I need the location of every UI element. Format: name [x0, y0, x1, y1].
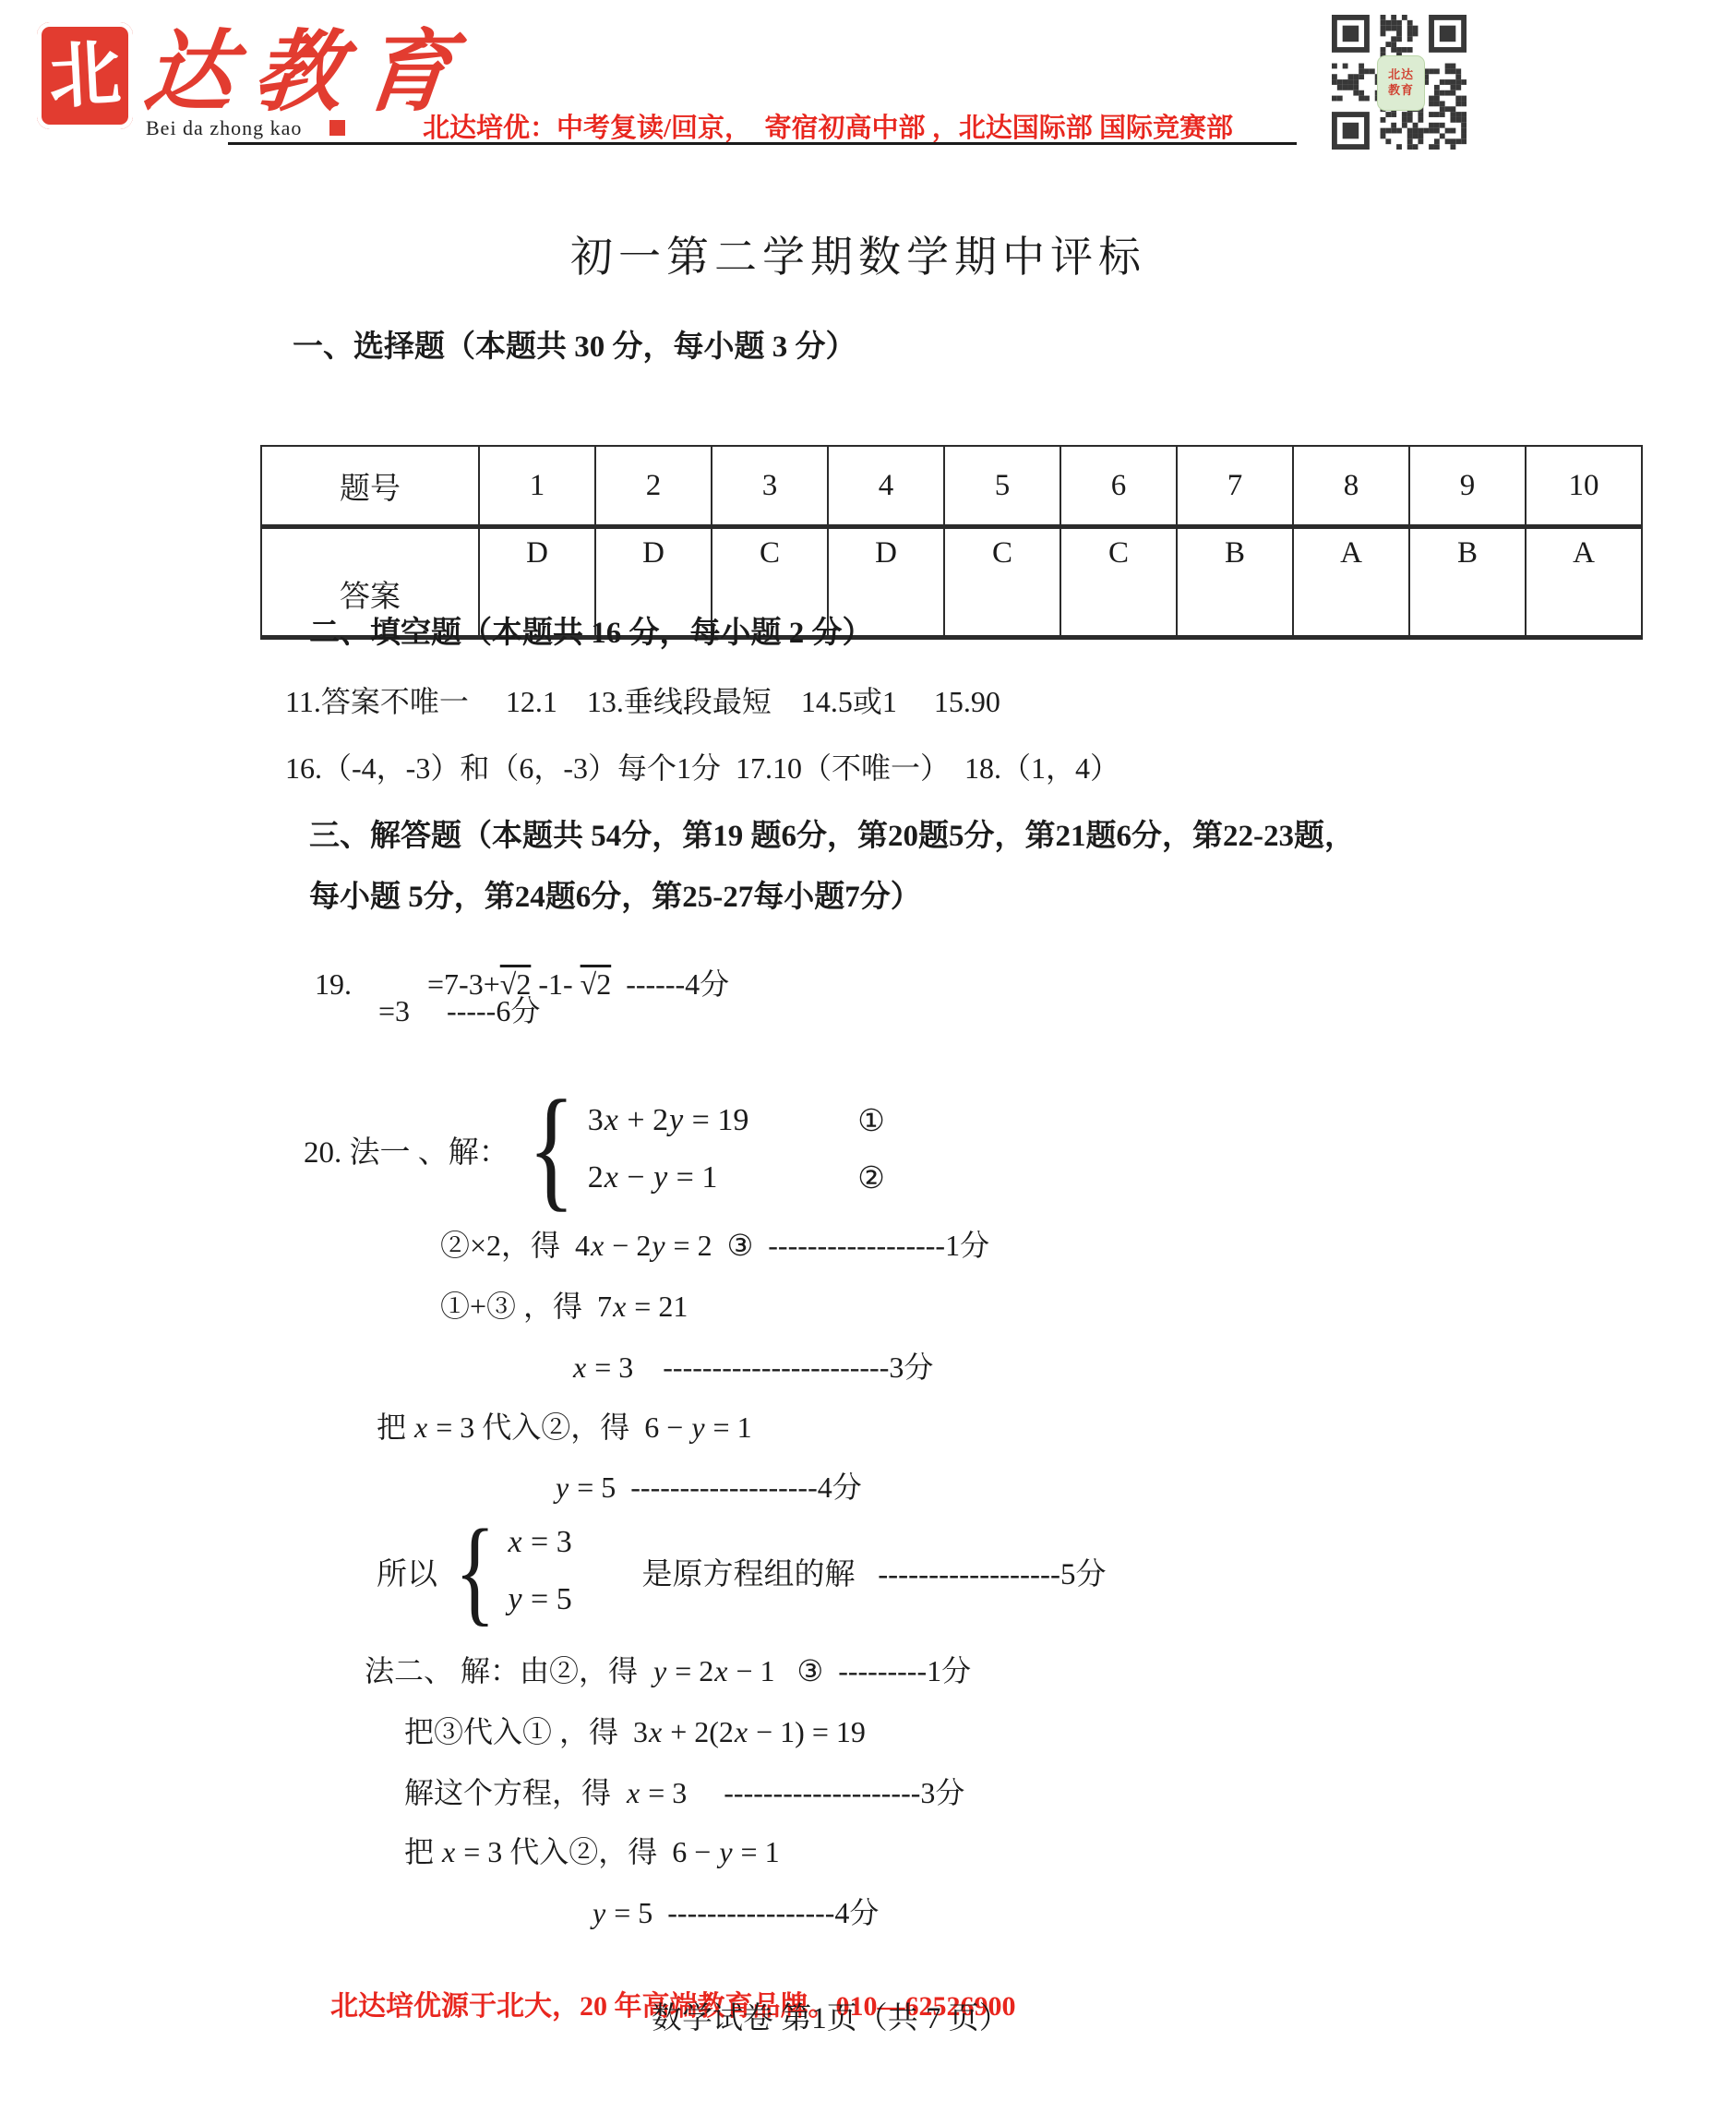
method2-step1: 法二、 解：由②，得 y = 2x − 1 ③ ---------1分	[365, 1652, 971, 1689]
equation-line: 3x + 2y = 19 ①	[588, 1092, 885, 1149]
seal-character: 北	[47, 38, 123, 114]
beida-seal-logo: 北	[37, 22, 133, 129]
section2-heading: 二、填空题（本题共 16 分，每小题 2 分）	[309, 615, 873, 653]
solution-line: y = 5	[507, 1571, 625, 1628]
answer-cell: B	[1409, 527, 1526, 638]
question-number: 9	[1409, 446, 1526, 527]
qr-code: 北达 教育	[1332, 15, 1467, 150]
answer-line-16-18: 16.（-4，-3）和（6，-3）每个1分 17.10（不唯一） 18.（1，4…	[285, 750, 1119, 786]
qr-badge-line2: 教育	[1388, 84, 1414, 98]
method2-step3: 解这个方程，得 x = 3 --------------------3分	[404, 1774, 964, 1811]
question-number: 3	[712, 446, 828, 527]
answer-line-11-15: 11.答案不唯一 12.1 13.垂线段最短 14.5或1 15.90	[285, 683, 1000, 720]
section1-heading: 一、选择题（本题共 30 分，每小题 3 分）	[293, 329, 856, 366]
answer-cell: B	[1177, 527, 1293, 638]
p20-intro-label: 20. 法一 、解：	[304, 1128, 509, 1171]
section3-heading-line1: 三、解答题（本题共 54分，第19 题6分，第20题5分，第21题6分，第22-…	[309, 818, 1355, 856]
left-brace: {	[455, 1521, 496, 1622]
method2-step5: y = 5 -----------------4分	[592, 1894, 879, 1931]
red-square-marker	[329, 120, 345, 136]
brand-subtitle-text: Bei da zhong kao	[146, 116, 302, 139]
header-divider	[228, 142, 1297, 145]
conclusion-suffix: 是原方程组的解 ------------------5分	[641, 1550, 1106, 1593]
brand-subtitle: Bei da zhong kao	[146, 116, 345, 140]
method1-step2: ①+③ ，得 7x = 21	[440, 1288, 688, 1325]
question-number: 7	[1177, 446, 1293, 527]
method2-step4: 把 x = 3 代入②，得 6 − y = 1	[404, 1833, 780, 1870]
method2-step2: 把③代入① ，得 3x + 2(2x − 1) = 19	[404, 1713, 866, 1750]
p19-line2: =3 -----6分	[378, 992, 540, 1029]
footer-page-number: 数学试卷 第1页（共 7 页）	[652, 1994, 1010, 2037]
question-number: 1	[479, 446, 595, 527]
answer-cell: A	[1526, 527, 1642, 638]
qr-badge-line1: 北达	[1388, 68, 1414, 82]
question-number: 10	[1526, 446, 1642, 527]
conclusion-prefix: 所以	[377, 1550, 437, 1593]
section3-heading-line2: 每小题 5分，第24题6分，第25-27每小题7分）	[309, 879, 921, 917]
question-number: 6	[1060, 446, 1177, 527]
qr-center-badge: 北达 教育	[1377, 55, 1425, 111]
question-number: 4	[828, 446, 944, 527]
sqrt-radical: √2	[581, 967, 612, 1001]
equation-tag-2: ②	[857, 1149, 885, 1207]
conclusion-block: 所以 { x = 3 y = 5 是原方程组的解 ---------------…	[377, 1519, 1107, 1624]
p20-system-block: 20. 法一 、解： { 3x + 2y = 19 ① 2x − y = 1 ②	[304, 1092, 885, 1207]
page-title: 初一第二学期数学期中评标	[0, 223, 1717, 284]
equation-system: 3x + 2y = 19 ① 2x − y = 1 ②	[588, 1092, 885, 1207]
header-tagline: 北达培优：中考复读/回京， 寄宿初高中部 ，北达国际部 国际竞赛部	[423, 107, 1233, 145]
exam-answer-page: 北 达教育 Bei da zhong kao 北达培优：中考复读/回京， 寄宿初…	[0, 0, 1736, 2125]
method1-step5: y = 5 -------------------4分	[555, 1469, 862, 1506]
equation-2: 2x − y = 1	[588, 1149, 718, 1207]
method1-step1: ②×2，得 4x − 2y = 2 ③ ------------------1分	[440, 1227, 989, 1264]
solution-x: x = 3	[507, 1514, 571, 1571]
answer-table: 题号 1 2 3 4 5 6 7 8 9 10 答案 D D C D C C B…	[260, 445, 1643, 640]
table-row-numbers: 题号 1 2 3 4 5 6 7 8 9 10	[261, 446, 1642, 527]
equation-1: 3x + 2y = 19	[588, 1092, 749, 1149]
equation-tag-1: ①	[857, 1092, 885, 1149]
solution-system: x = 3 y = 5	[507, 1514, 625, 1628]
answer-cell: C	[944, 527, 1060, 638]
method1-step3: x = 3 -----------------------3分	[572, 1349, 933, 1386]
question-number: 8	[1293, 446, 1409, 527]
left-brace: {	[528, 1091, 575, 1207]
p19-score-dashes: ------4分	[611, 967, 729, 1001]
answer-cell: A	[1293, 527, 1409, 638]
solution-line: x = 3	[507, 1514, 625, 1571]
method1-step4: 把 x = 3 代入②，得 6 − y = 1	[377, 1409, 752, 1446]
row-label-number: 题号	[261, 446, 479, 527]
equation-line: 2x − y = 1 ②	[588, 1149, 885, 1207]
question-number: 5	[944, 446, 1060, 527]
question-number: 2	[595, 446, 712, 527]
solution-y: y = 5	[507, 1571, 571, 1628]
answer-cell: C	[1060, 527, 1177, 638]
